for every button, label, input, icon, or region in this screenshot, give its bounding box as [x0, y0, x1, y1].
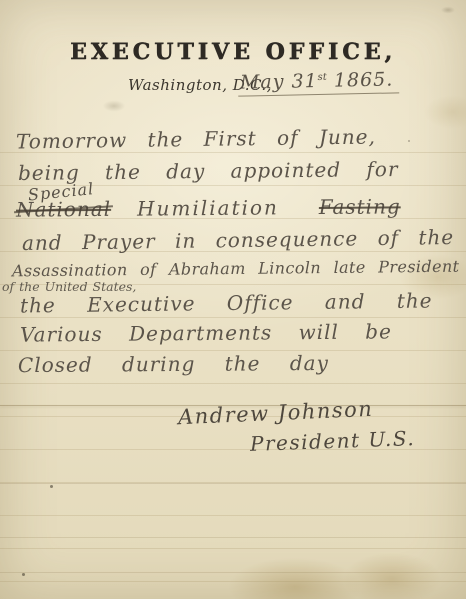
letter-document: EXECUTIVE OFFICE, Washington, D.C., May … — [0, 0, 466, 599]
paper-stain — [50, 485, 53, 488]
handwritten-line-3: SpecialNational HumiliationFasting — [16, 194, 401, 221]
paper-stain — [408, 140, 410, 142]
struck-word-fasting: Fasting — [319, 194, 401, 219]
signature-title: President U.S. — [250, 426, 416, 456]
fold-line — [0, 572, 466, 573]
struck-word-national: National — [16, 197, 111, 222]
fold-line — [0, 537, 466, 538]
paper-stain — [22, 573, 25, 576]
handwritten-line-1: Tomorrow the First of June, — [16, 124, 376, 153]
date-ordinal: st — [318, 72, 327, 83]
handwritten-line-7: Various Departments will be — [20, 319, 392, 346]
date-month-day: May 31 — [240, 70, 318, 94]
letterhead-office-title: EXECUTIVE OFFICE, — [0, 39, 466, 65]
handwritten-line-4: and Prayer in consequence of the — [22, 225, 454, 255]
fold-line — [0, 483, 466, 484]
letterhead-city-date-row: Washington, D.C., May 31st 1865. — [0, 70, 466, 104]
word-humiliation: Humiliation — [137, 195, 279, 220]
handwritten-line-8: Closed during the day — [18, 351, 329, 377]
signature-name: Andrew Johnson — [178, 397, 374, 429]
handwritten-line-6: the Executive Office and the — [20, 288, 433, 317]
handwritten-date: May 31st 1865. — [238, 68, 400, 96]
date-year: 1865. — [334, 68, 394, 91]
edited-word-group: SpecialNational — [16, 197, 111, 222]
handwritten-line-5: Assassination of Abraham Lincoln late Pr… — [12, 257, 460, 281]
